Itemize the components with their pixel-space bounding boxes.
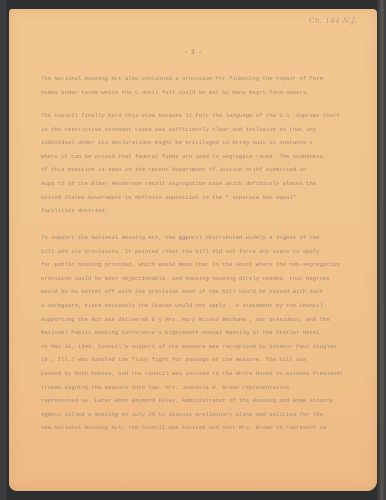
text-line: To support the National Housing Act, the… bbox=[41, 231, 373, 245]
page-number: - 3 - bbox=[9, 49, 377, 56]
paragraph-council-view: The Council finally held this view becau… bbox=[41, 109, 373, 218]
text-line: supp rt of the Elmer Henderson recall se… bbox=[41, 177, 373, 191]
text-line: Agency called a meeting on July 26 to di… bbox=[41, 408, 373, 422]
text-line: bill and its provisions. It pointed /tha… bbox=[41, 245, 373, 259]
text-line: represented us. Later when Raymond Foley… bbox=[41, 394, 373, 408]
archive-mark: Cn. 144 N.J. bbox=[309, 17, 357, 25]
scanner-edge-right bbox=[376, 0, 386, 500]
text-line: a safeguard, since obviously the States … bbox=[41, 299, 373, 313]
text-line: would be no better off with the provisio… bbox=[41, 285, 373, 299]
text-line: on May 18, 1949. Council's support of th… bbox=[41, 340, 373, 354]
paragraph-farm-repair: The National Housing Act also contained … bbox=[41, 72, 373, 99]
text-line: (D., Ill.) who handled the floor fight f… bbox=[41, 353, 373, 367]
paragraph-housing-act-support: To support the National Housing Act, the… bbox=[41, 231, 373, 435]
scanner-edge-left bbox=[0, 0, 6, 500]
text-line: new National Housing Act, the Council wa… bbox=[41, 421, 373, 435]
document-page: Cn. 144 N.J. - 3 - The National Housing … bbox=[9, 9, 377, 491]
text-line: where it can be proved that federal fund… bbox=[41, 150, 373, 164]
text-line: The National Housing Act also contained … bbox=[41, 72, 373, 86]
text-line: supporting the Act was delivered b y Mrs… bbox=[41, 313, 373, 327]
text-line: homes under terms which the C uncil felt… bbox=[41, 86, 373, 100]
text-line: The Council finally held this view becau… bbox=[41, 109, 373, 123]
text-line: passed by both houses, and the council w… bbox=[41, 367, 373, 381]
text-line: facilities doctrine. bbox=[41, 204, 373, 218]
text-line: United States Government in definite opp… bbox=[41, 191, 373, 205]
text-line: Truman signing the measure into law. Mrs… bbox=[41, 381, 373, 395]
text-line: of this position is seen in the recent D… bbox=[41, 163, 373, 177]
text-line: provision could be most objectionable, a… bbox=[41, 272, 373, 286]
text-line: in the restrictive covenant cases was su… bbox=[41, 123, 373, 137]
text-line: individual under its declarations might … bbox=[41, 136, 373, 150]
text-line: for public housing provided, which would… bbox=[41, 258, 373, 272]
text-line: National Public Housing Conference's Eig… bbox=[41, 326, 373, 340]
